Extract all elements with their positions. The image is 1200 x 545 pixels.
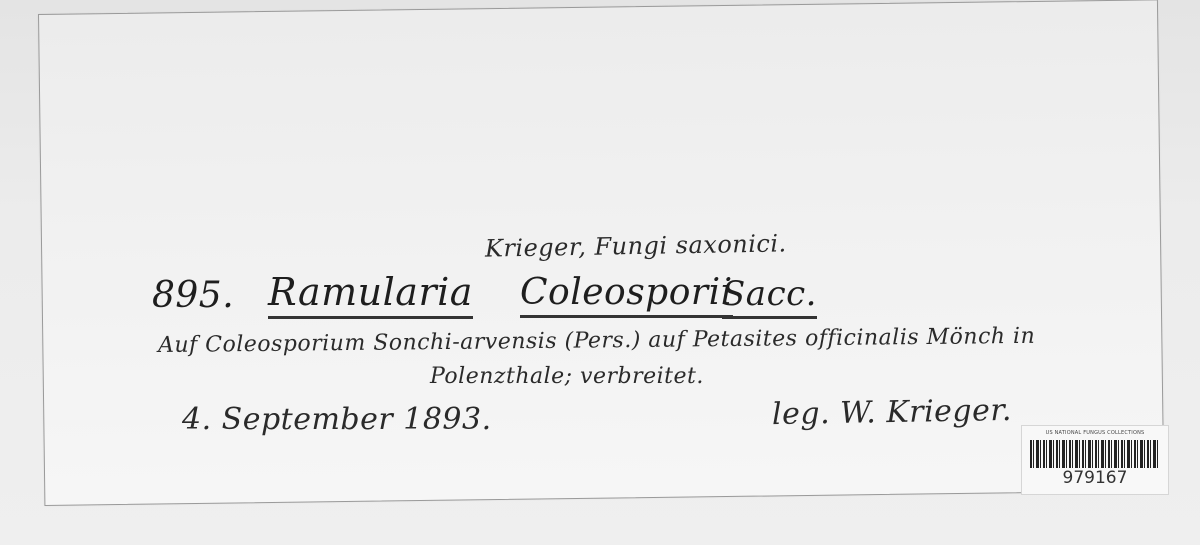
collector-signature: leg. W. Krieger. [772, 393, 1013, 432]
host-description-line-2: Polenzthale; verbreitet. [430, 364, 704, 389]
exsiccata-number: 895. [152, 275, 234, 316]
barcode-number: 979167 [1028, 469, 1162, 487]
barcode-icon [1030, 440, 1160, 468]
collection-date: 4. September 1893. [182, 402, 492, 437]
barcode-sticker: US NATIONAL FUNGUS COLLECTIONS 979167 [1021, 425, 1169, 495]
genus-name: Ramularia [268, 270, 473, 319]
collection-series: Krieger, Fungi saxonici. [485, 229, 787, 262]
species-epithet: Coleosporii [520, 272, 733, 318]
barcode-institution: US NATIONAL FUNGUS COLLECTIONS [1028, 430, 1162, 437]
taxon-author: Sacc. [722, 274, 817, 319]
